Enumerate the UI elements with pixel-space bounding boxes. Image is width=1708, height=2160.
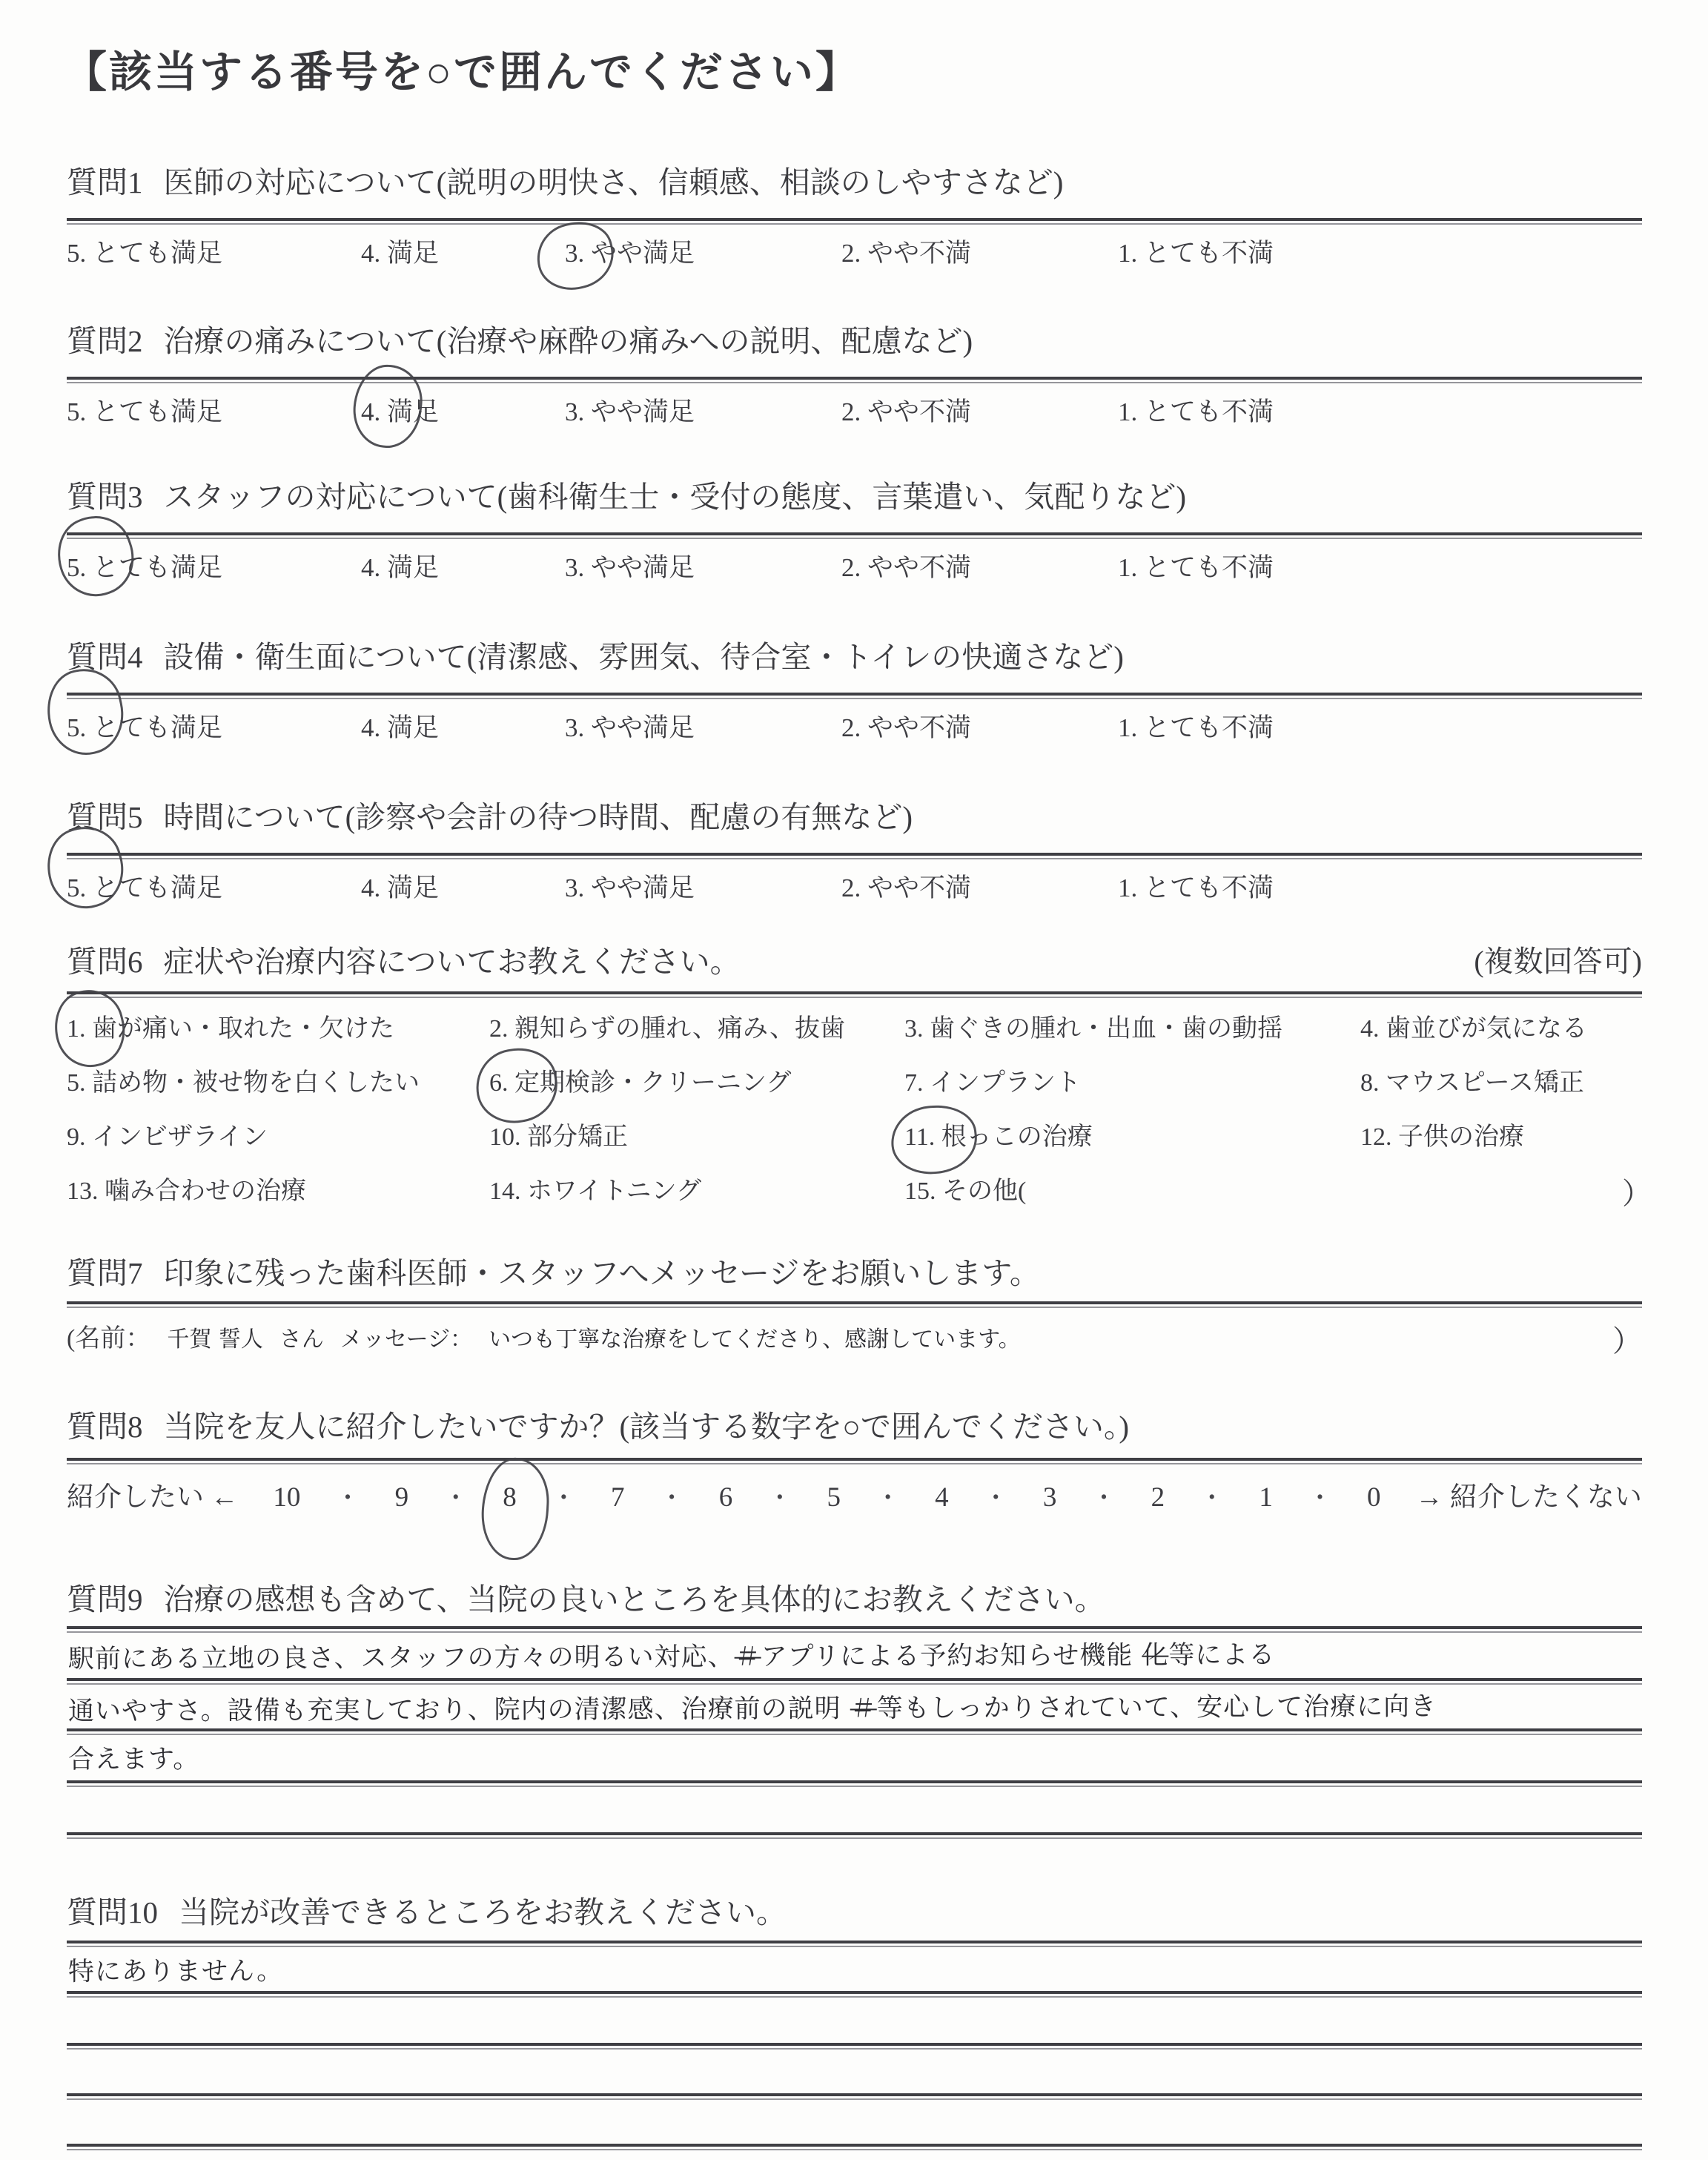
q6-option-11-text: 11. 根っこの治療 [904, 1123, 1093, 1151]
q1-option-3: 3. やや満足 [565, 233, 695, 270]
q6-option-13: 13. 噛み合わせの治療 [67, 1170, 306, 1206]
q4-option-1: 1. とても不満 [1118, 707, 1274, 744]
form-title: 【該当する番号を○で囲んでください】 [64, 37, 861, 99]
question-4-title: 設備・衛生面について(清潔感、雰囲気、待合室・トイレの快適さなど) [164, 640, 1124, 674]
q8-scale-row: 紹介したい ← 10 ・ 9 ・ 8 ・ 7 ・ 6 ・ 5 ・ 4 ・ 3 ・… [67, 1474, 1642, 1514]
q2-option-2: 2. やや不満 [841, 392, 971, 429]
circle-annotation-q4-option5 [39, 662, 131, 762]
question-8-label: 質問8 [67, 1409, 143, 1445]
question-8-title: 当院を友人に紹介したいですか？(該当する数字を○で囲んでください。) [164, 1410, 1130, 1444]
ruled-line [67, 1832, 1642, 1835]
question-2-options: 5. とても満足 4. 満足 3. やや満足 2. やや不満 1. とても不満 [67, 392, 1642, 429]
ruled-line [67, 377, 1642, 380]
q8-scale-8: 8 [503, 1482, 517, 1513]
q9-answer-line-3: 合えます。 [68, 1739, 199, 1777]
q8-scale-1: 1 [1259, 1482, 1273, 1513]
q8-scale-8-text: 8 [503, 1482, 517, 1513]
q8-scale-3: 3 [1043, 1482, 1057, 1513]
ruled-line [67, 1678, 1642, 1681]
question-8-heading: 質問8当院を友人に紹介したいですか？(該当する数字を○で囲んでください。) [67, 1409, 1642, 1445]
q6-option-12: 12. 子供の治療 [1360, 1116, 1524, 1152]
q6-row-2: 5. 詰め物・被せ物を白くしたい 6. 定期検診・クリーニング 7. インプラン… [67, 1062, 1642, 1099]
q9-line1-text-end: 等による [1168, 1640, 1275, 1671]
q6-option-3: 3. 歯ぐきの腫れ・出血・歯の動揺 [904, 1008, 1282, 1044]
ruled-line [67, 2144, 1642, 2147]
q4-option-5: 5. とても満足 [67, 707, 222, 744]
q8-scale-10: 10 [273, 1482, 300, 1513]
q2-option-5: 5. とても満足 [67, 392, 222, 429]
q4-option-4: 4. 満足 [361, 707, 439, 744]
q6-option-4: 4. 歯並びが気になる [1360, 1008, 1587, 1044]
question-5-label: 質問5 [67, 799, 143, 836]
q1-option-4: 4. 満足 [361, 233, 439, 270]
ruled-line [67, 1780, 1642, 1783]
q6-option-9: 9. インビザライン [67, 1116, 268, 1152]
q6-option-7: 7. インプラント [904, 1062, 1081, 1098]
question-2-heading: 質問2治療の痛みについて(治療や麻酔の痛みへの説明、配慮など) [67, 323, 1642, 360]
question-7: 質問7印象に残った歯科医師・スタッフへメッセージをお願いします。 (名前： 千賀… [67, 1255, 1642, 1292]
q3-option-3: 3. やや満足 [565, 547, 695, 584]
q1-option-1: 1. とても不満 [1118, 233, 1274, 270]
ruled-line [67, 1991, 1642, 1994]
ruled-line [67, 1458, 1642, 1461]
question-4-label: 質問4 [67, 639, 143, 676]
q7-closing-paren: ） [1612, 1318, 1642, 1360]
question-7-heading: 質問7印象に残った歯科医師・スタッフへメッセージをお願いします。 [67, 1255, 1642, 1292]
q6-option-8: 8. マウスピース矯正 [1360, 1062, 1584, 1098]
q8-separator: ・ [335, 1479, 360, 1513]
q3-option-4: 4. 満足 [361, 547, 439, 584]
q6-option-5: 5. 詰め物・被せ物を白くしたい [67, 1062, 420, 1098]
q5-option-5-text: 5. とても満足 [67, 873, 222, 902]
question-2-label: 質問2 [67, 323, 143, 360]
q9-line2-text-end: 等もしっかりされていて、安心して治療に向き [877, 1692, 1437, 1724]
q4-option-5-text: 5. とても満足 [67, 713, 222, 742]
ruled-line [67, 1626, 1642, 1629]
ruled-line [67, 2043, 1642, 2046]
q7-name-suffix: さん [279, 1321, 324, 1353]
q4-option-3: 3. やや満足 [565, 707, 695, 744]
q2-option-4-text: 4. 満足 [361, 397, 439, 426]
question-6: 質問6症状や治療内容についてお教えください。 (複数回答可) 1. 歯が痛い・取… [67, 944, 1642, 980]
question-9-title: 治療の感想も含めて、当院の良いところを具体的にお教えください。 [164, 1582, 1105, 1616]
q6-row-3: 9. インビザライン 10. 部分矯正 11. 根っこの治療 12. 子供の治療 [67, 1116, 1642, 1153]
ruled-line [67, 1728, 1642, 1731]
question-10: 質問10当院が改善できるところをお教えください。 特にありません。 [67, 1895, 1642, 1931]
q9-line1-scribble-2: 化 [1142, 1641, 1168, 1671]
q8-separator: ・ [984, 1479, 1008, 1513]
q1-option-3-text: 3. やや満足 [565, 239, 695, 268]
q8-separator: ・ [1308, 1479, 1332, 1513]
q3-option-5-text: 5. とても満足 [67, 553, 222, 582]
q6-option-10: 10. 部分矯正 [489, 1116, 628, 1152]
question-9: 質問9治療の感想も含めて、当院の良いところを具体的にお教えください。 駅前にある… [67, 1582, 1642, 1618]
question-4: 質問4設備・衛生面について(清潔感、雰囲気、待合室・トイレの快適さなど) 5. … [67, 639, 1642, 676]
q6-option-6-text: 6. 定期検診・クリーニング [489, 1069, 791, 1097]
question-6-title: 症状や治療内容についてお教えください。 [164, 945, 741, 979]
question-4-heading: 質問4設備・衛生面について(清潔感、雰囲気、待合室・トイレの快適さなど) [67, 639, 1642, 676]
q7-name-value: 千賀 誓人 [167, 1321, 263, 1353]
question-3-heading: 質問3スタッフの対応について(歯科衛生士・受付の態度、言葉遣い、気配りなど) [67, 479, 1642, 515]
q3-option-1: 1. とても不満 [1118, 547, 1274, 584]
q8-scale-5: 5 [827, 1482, 841, 1513]
question-1-heading: 質問1医師の対応について(説明の明快さ、信頼感、相談のしやすさなど) [67, 165, 1642, 201]
ruled-line [67, 2093, 1642, 2096]
question-10-heading: 質問10当院が改善できるところをお教えください。 [67, 1895, 1642, 1931]
survey-form-page: 【該当する番号を○で囲んでください】 質問1医師の対応について(説明の明快さ、信… [0, 0, 1708, 2160]
question-1-title: 医師の対応について(説明の明快さ、信頼感、相談のしやすさなど) [164, 165, 1064, 199]
question-5-title: 時間について(診察や会計の待つ時間、配慮の有無など) [164, 800, 913, 834]
q8-scale-4: 4 [935, 1482, 949, 1513]
q8-scale-9: 9 [395, 1482, 409, 1513]
question-1-label: 質問1 [67, 165, 143, 201]
q8-separator: ・ [875, 1479, 900, 1513]
q5-option-5: 5. とても満足 [67, 868, 222, 905]
q3-option-5: 5. とても満足 [67, 547, 222, 584]
q5-option-1: 1. とても不満 [1118, 868, 1274, 905]
q6-row-4: 13. 噛み合わせの治療 14. ホワイトニング 15. その他( ） [67, 1170, 1642, 1207]
q8-separator: ・ [1199, 1479, 1224, 1513]
q6-row-1: 1. 歯が痛い・取れた・欠けた 2. 親知らずの腫れ、痛み、抜歯 3. 歯ぐきの… [67, 1008, 1642, 1045]
question-2: 質問2治療の痛みについて(治療や麻酔の痛みへの説明、配慮など) 5. とても満足… [67, 323, 1642, 360]
question-5: 質問5時間について(診察や会計の待つ時間、配慮の有無など) 5. とても満足 4… [67, 799, 1642, 836]
q8-scale-7: 7 [611, 1482, 625, 1513]
q7-name-prefix: (名前： [67, 1318, 150, 1354]
question-5-options: 5. とても満足 4. 満足 3. やや満足 2. やや不満 1. とても不満 [67, 868, 1642, 905]
q4-option-2: 2. やや不満 [841, 707, 971, 744]
q9-line1-scribble-1: ＃ [735, 1642, 761, 1672]
question-6-note: (複数回答可) [1474, 944, 1642, 980]
ruled-line [67, 218, 1642, 221]
q8-scale-0: 0 [1367, 1482, 1381, 1513]
q1-option-5: 5. とても満足 [67, 233, 222, 270]
question-9-label: 質問9 [67, 1582, 143, 1618]
q6-other-closing-paren: ） [1622, 1170, 1652, 1212]
ruled-line [67, 693, 1642, 696]
question-10-title: 当院が改善できるところをお教えください。 [179, 1895, 787, 1929]
question-9-heading: 質問9治療の感想も含めて、当院の良いところを具体的にお教えください。 [67, 1582, 1642, 1618]
q8-separator: ・ [1092, 1479, 1116, 1513]
question-4-options: 5. とても満足 4. 満足 3. やや満足 2. やや不満 1. とても不満 [67, 707, 1642, 744]
q5-option-3: 3. やや満足 [565, 868, 695, 905]
ruled-line [67, 853, 1642, 856]
q8-separator: ・ [552, 1479, 576, 1513]
q8-separator: ・ [443, 1479, 468, 1513]
q10-answer-line-1: 特にありません。 [68, 1950, 283, 1988]
q8-scale-2: 2 [1151, 1482, 1165, 1513]
question-5-heading: 質問5時間について(診察や会計の待つ時間、配慮の有無など) [67, 799, 1642, 836]
q6-option-14: 14. ホワイトニング [489, 1170, 701, 1206]
q5-option-2: 2. やや不満 [841, 868, 971, 905]
q3-option-2: 2. やや不満 [841, 547, 971, 584]
q2-option-1: 1. とても不満 [1118, 392, 1274, 429]
q6-option-15: 15. その他( [904, 1170, 1026, 1206]
q8-right-label: → 紹介したくない [1416, 1474, 1642, 1514]
q9-answer-line-1: 駅前にある立地の良さ、スタッフの方々の明るい対応、＃アプリによる予約お知らせ機能… [68, 1634, 1276, 1676]
ruled-line [67, 1941, 1642, 1943]
q9-line2-scribble: ＃ [850, 1694, 877, 1723]
question-3-options: 5. とても満足 4. 満足 3. やや満足 2. やや不満 1. とても不満 [67, 547, 1642, 584]
question-2-title: 治療の痛みについて(治療や麻酔の痛みへの説明、配慮など) [164, 324, 973, 358]
q5-option-4: 4. 満足 [361, 868, 439, 905]
question-3-title: スタッフの対応について(歯科衛生士・受付の態度、言葉遣い、気配りなど) [164, 480, 1186, 514]
q9-answer-line-2: 通いやすさ。設備も充実しており、院内の清潔感、治療前の説明 ＃等もしっかりされて… [68, 1686, 1437, 1728]
question-1: 質問1医師の対応について(説明の明快さ、信頼感、相談のしやすさなど) 5. とて… [67, 165, 1642, 201]
question-7-label: 質問7 [67, 1255, 143, 1292]
q6-option-1-text: 1. 歯が痛い・取れた・欠けた [67, 1015, 394, 1043]
question-6-heading: 質問6症状や治療内容についてお教えください。 (複数回答可) [67, 944, 1642, 980]
question-8: 質問8当院を友人に紹介したいですか？(該当する数字を○で囲んでください。) 紹介… [67, 1409, 1642, 1445]
q9-line1-text: 駅前にある立地の良さ、スタッフの方々の明るい対応、 [68, 1642, 735, 1674]
question-3: 質問3スタッフの対応について(歯科衛生士・受付の態度、言葉遣い、気配りなど) 5… [67, 479, 1642, 515]
question-1-options: 5. とても満足 4. 満足 3. やや満足 2. やや不満 1. とても不満 [67, 233, 1642, 270]
ruled-line [67, 532, 1642, 535]
q8-left-label: 紹介したい ← [67, 1474, 238, 1514]
question-6-label: 質問6 [67, 944, 143, 980]
q6-option-6: 6. 定期検診・クリーニング [489, 1062, 791, 1098]
ruled-line [67, 991, 1642, 994]
q8-scale-6: 6 [719, 1482, 733, 1513]
ruled-line [67, 1301, 1642, 1304]
q6-option-11: 11. 根っこの治療 [904, 1116, 1093, 1152]
q9-line1-text-mid: アプリによる予約お知らせ機能 [761, 1641, 1142, 1672]
q2-option-3: 3. やや満足 [565, 392, 695, 429]
q8-separator: ・ [767, 1479, 792, 1513]
q7-message-label: メッセージ： [340, 1321, 472, 1353]
q7-answer-row: (名前： 千賀 誓人 さん メッセージ： いつも丁寧な治療をしてくださり、感謝し… [67, 1318, 1642, 1354]
q6-option-1: 1. 歯が痛い・取れた・欠けた [67, 1008, 394, 1044]
question-3-label: 質問3 [67, 479, 143, 515]
q9-line2-text: 通いやすさ。設備も充実しており、院内の清潔感、治療前の説明 [68, 1694, 850, 1727]
q7-message-value: いつも丁寧な治療をしてくださり、感謝しています。 [489, 1321, 1021, 1353]
question-7-title: 印象に残った歯科医師・スタッフへメッセージをお願いします。 [164, 1256, 1040, 1290]
q2-option-4: 4. 満足 [361, 392, 439, 429]
question-10-label: 質問10 [67, 1895, 158, 1931]
q8-separator: ・ [660, 1479, 684, 1513]
q1-option-2: 2. やや不満 [841, 233, 971, 270]
q6-option-2: 2. 親知らずの腫れ、痛み、抜歯 [489, 1008, 845, 1044]
